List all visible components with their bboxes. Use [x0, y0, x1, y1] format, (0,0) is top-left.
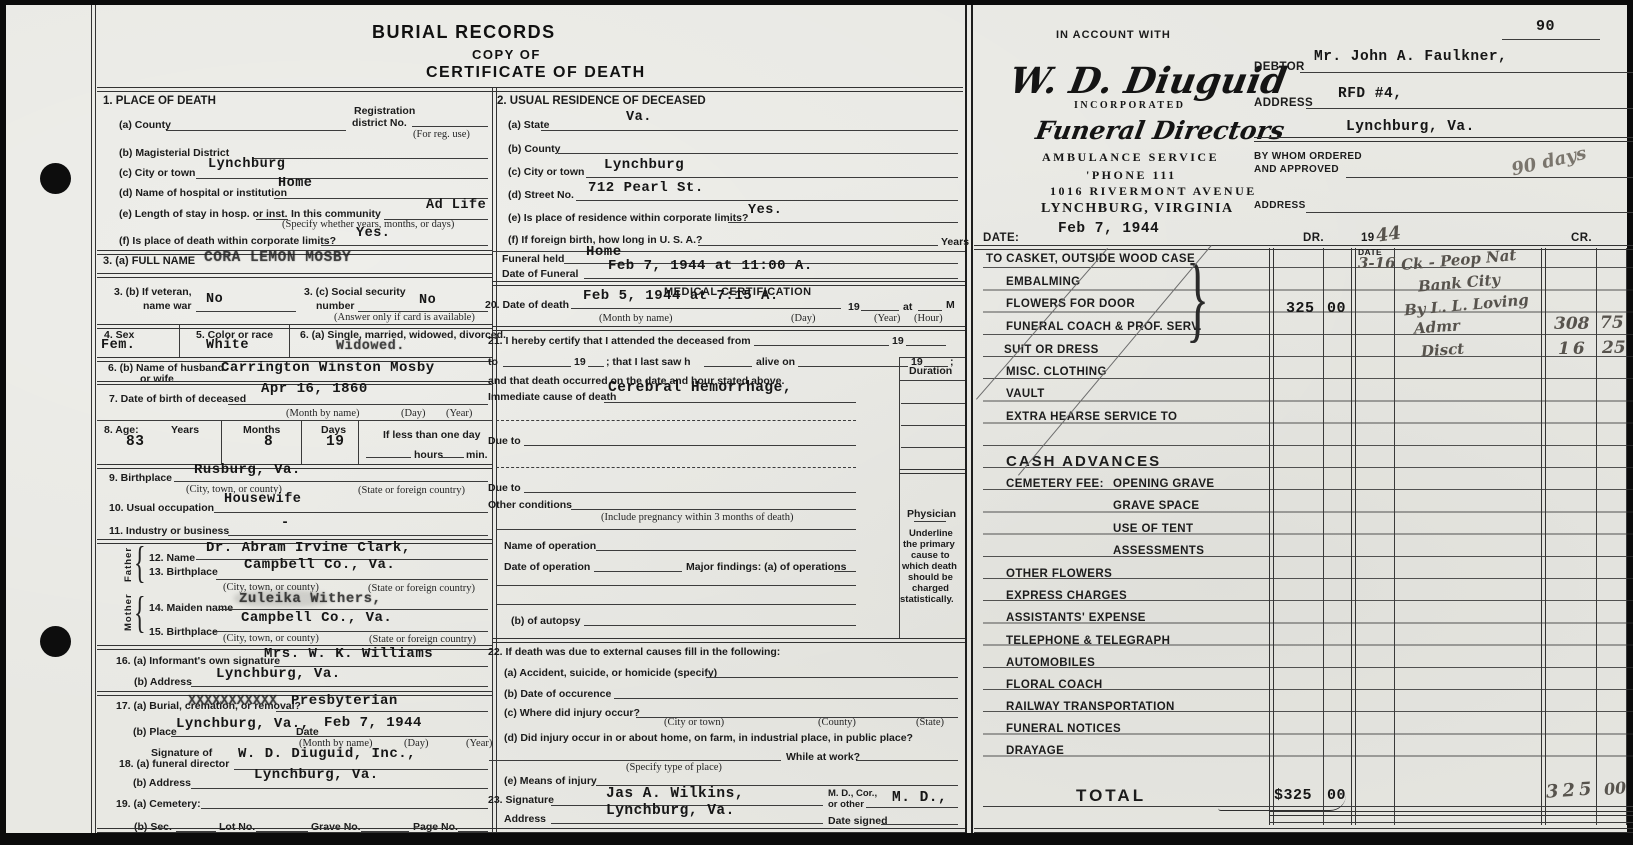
- rule: [798, 366, 908, 367]
- field-label: If less than one day: [383, 429, 480, 441]
- field-label: Address: [504, 813, 546, 825]
- rule: [754, 345, 889, 346]
- rule: [524, 445, 856, 446]
- field-hint: (Answer only if card is available): [334, 312, 475, 324]
- field-hint: (City or town): [664, 717, 724, 729]
- field-value: 8: [264, 435, 273, 450]
- rule: [594, 571, 682, 572]
- rule: [586, 177, 958, 178]
- rule: [492, 87, 497, 833]
- rule: [901, 447, 965, 448]
- rule: [1541, 248, 1546, 825]
- ledger-item: CEMETERY FEE:: [1006, 479, 1104, 491]
- ledger-item: FLORAL COACH: [1006, 680, 1103, 692]
- field-label: 22. If death was due to external causes …: [488, 646, 780, 658]
- rule: [228, 535, 488, 536]
- field-hint: (Specify type of place): [626, 762, 722, 774]
- page-divider: [965, 5, 973, 833]
- ledger-item: OTHER FLOWERS: [1006, 569, 1112, 581]
- address2-label: ADDRESS: [1254, 201, 1306, 211]
- ledger-item: ASSISTANTS' EXPENSE: [1006, 613, 1146, 625]
- rule: [191, 686, 488, 687]
- field-label: alive on: [756, 356, 795, 368]
- field-value: CORA LEMON MOSBY: [204, 251, 351, 266]
- rule: [97, 828, 965, 833]
- field-label: M: [946, 299, 955, 311]
- rule: [1269, 822, 1633, 823]
- rule: [1254, 137, 1633, 142]
- field-label: (d) Street No.: [508, 189, 574, 201]
- field-label: Immediate cause of death: [488, 391, 616, 403]
- ledger-item: OPENING GRAVE: [1113, 479, 1214, 491]
- scanned-burial-record: BURIAL RECORDS COPY OF CERTIFICATE OF DE…: [0, 0, 1633, 845]
- field-value: Feb 5, 1944 at 7:15 A.: [583, 289, 779, 303]
- field-label: 3. (b) If veteran,: [114, 286, 192, 298]
- rule: [492, 638, 965, 643]
- rule: [1394, 248, 1395, 825]
- ledger-item: FUNERAL NOTICES: [1006, 724, 1121, 736]
- rule: [906, 345, 946, 346]
- handwritten-note: Admr: [1414, 318, 1461, 336]
- ledger-item: TELEPHONE & TELEGRAPH: [1006, 636, 1170, 648]
- grouping-brace: }: [1186, 250, 1209, 346]
- field-value: Presbyterian: [291, 694, 398, 708]
- field-label: min.: [466, 449, 488, 461]
- rule: [301, 420, 302, 465]
- rule: [1596, 248, 1597, 825]
- ledger-item: EXPRESS CHARGES: [1006, 591, 1127, 603]
- rule: [541, 130, 958, 131]
- field-label: (e) Means of injury: [504, 775, 597, 787]
- funeral-home-name: W. D. Diuguid: [1007, 63, 1290, 99]
- field-value: Carrington Winston Mosby: [221, 361, 435, 375]
- rule: [614, 698, 958, 699]
- doc-title: BURIAL RECORDS: [372, 23, 556, 41]
- field-hint: (State or foreign country): [368, 583, 475, 595]
- field-label: (b) Address: [134, 676, 192, 688]
- field-value: Rusburg, Va.: [194, 463, 301, 477]
- field-value: Lynchburg, Va.: [216, 667, 341, 681]
- rule: [196, 311, 296, 312]
- rule: [276, 711, 488, 712]
- handwritten-year: 44: [1375, 224, 1402, 245]
- field-label: 3. (a) FULL NAME: [103, 255, 195, 268]
- ledger-item: AUTOMOBILES: [1006, 658, 1095, 670]
- rule: [706, 677, 958, 678]
- field-label: Registration: [354, 105, 415, 117]
- total-cr-dollars: 325: [1545, 780, 1596, 801]
- paper-sheet: BURIAL RECORDS COPY OF CERTIFICATE OF DE…: [6, 5, 1627, 833]
- field-value: No: [206, 293, 223, 307]
- duration-header: Duration: [909, 365, 952, 377]
- field-value: 83: [126, 435, 144, 450]
- handwritten-date: 3-16: [1358, 256, 1396, 271]
- field-label: Due to: [488, 482, 521, 494]
- rule: [584, 278, 958, 279]
- field-value: Campbell Co., Va.: [241, 611, 392, 625]
- rule: [558, 153, 958, 154]
- ledger-item: USE OF TENT: [1113, 524, 1193, 536]
- field-label: 12. Name: [149, 552, 195, 564]
- rule: [191, 788, 488, 789]
- field-value: No: [419, 294, 436, 308]
- street-address: 1016 RIVERMONT AVENUE: [1050, 185, 1257, 197]
- field-hint: (Month by name): [286, 408, 360, 420]
- city-state: LYNCHBURG, VIRGINIA: [1041, 202, 1234, 216]
- doc-subtitle-2: CERTIFICATE OF DEATH: [426, 65, 646, 81]
- field-label: While at work?: [786, 751, 860, 763]
- field-label: number: [316, 300, 355, 312]
- rule: [1306, 212, 1633, 213]
- field-label: (b) County: [508, 143, 561, 155]
- field-label: 19. (a) Cemetery:: [116, 798, 201, 810]
- rule: [214, 631, 488, 632]
- field-label: 19: [892, 335, 904, 347]
- field-label: name war: [143, 300, 191, 312]
- rule: [492, 326, 965, 331]
- rule: [901, 403, 965, 404]
- phone: 'PHONE 111: [1086, 169, 1177, 181]
- field-value: Lynchburg, Va.: [606, 804, 735, 819]
- field-label: (f) Is place of death within corporate l…: [119, 235, 336, 247]
- field-label: Funeral held: [502, 253, 564, 265]
- field-hint: (Day): [791, 313, 816, 325]
- rule: [201, 808, 488, 809]
- rule: [97, 420, 492, 421]
- cr-amount-cents: 75: [1600, 315, 1624, 332]
- handwritten-note: Disct: [1421, 342, 1465, 360]
- rule: [866, 807, 958, 808]
- rule: [1346, 177, 1633, 178]
- rule: [571, 308, 841, 309]
- field-label: 18. (a) funeral director: [119, 758, 229, 770]
- field-value: Dr. Abram Irvine Clark,: [206, 541, 411, 555]
- field-value: Lynchburg: [208, 158, 285, 172]
- dr-header: DR.: [1303, 233, 1324, 245]
- rule: [861, 310, 899, 311]
- field-label: Major findings: (a) of operations: [686, 561, 846, 573]
- rule: [503, 366, 571, 367]
- ambulance-service: AMBULANCE SERVICE: [1042, 151, 1219, 163]
- signature-value: Jas A. Wilkins,: [606, 787, 744, 802]
- ledger-item: EMBALMING: [1006, 277, 1081, 289]
- rule: [698, 245, 938, 246]
- debtor-label: DEBTOR: [1254, 62, 1305, 74]
- total-cr-cents: 00: [1603, 780, 1627, 798]
- field-value: Lynchburg: [604, 158, 684, 172]
- field-label: 2. USUAL RESIDENCE OF DECEASED: [497, 95, 706, 108]
- rule: [1269, 811, 1633, 816]
- by-whom-label-1: BY WHOM ORDERED: [1254, 152, 1362, 162]
- rule: [899, 357, 965, 358]
- ledger-item: VAULT: [1006, 389, 1045, 401]
- rule: [588, 366, 604, 367]
- field-value: Va.: [626, 111, 652, 125]
- field-label: 9. Birthplace: [109, 472, 172, 484]
- field-label: Other conditions: [488, 499, 572, 511]
- field-label: district No.: [352, 117, 407, 129]
- field-label: (c) City or town: [119, 167, 195, 179]
- field-value: Lynchburg, Va.: [254, 768, 379, 782]
- rule: [228, 404, 488, 405]
- field-label: 21. I hereby certify that I attended the…: [488, 335, 751, 347]
- field-label: 3. (c) Social security: [304, 286, 406, 298]
- field-hint: (Year): [466, 738, 492, 750]
- physician-note: statistically.: [900, 595, 954, 606]
- rule: [221, 420, 222, 465]
- debtor-value: Mr. John A. Faulkner,: [1314, 50, 1507, 65]
- field-label: Date signed: [828, 815, 888, 827]
- field-hint: (Month by name): [599, 313, 673, 325]
- field-hint: (Day): [401, 408, 426, 420]
- rule: [179, 324, 180, 357]
- field-label: (b) Address: [133, 777, 191, 789]
- field-value: Yes.: [748, 204, 782, 218]
- ledger-item: MISC. CLOTHING: [1006, 367, 1107, 379]
- doc-subtitle-1: COPY OF: [472, 48, 541, 61]
- field-label: 10. Usual occupation: [109, 502, 214, 514]
- ledger-item: GRAVE SPACE: [1113, 501, 1199, 513]
- rule: [253, 158, 488, 159]
- rule: [1323, 248, 1324, 825]
- rule: [412, 126, 488, 127]
- field-label: (c) City or town: [508, 166, 584, 178]
- rule: [321, 245, 488, 246]
- field-label: or other: [828, 800, 864, 811]
- cr-amount-dollars: 16: [1558, 341, 1588, 358]
- field-label: Years: [171, 424, 199, 436]
- field-label: 20. Date of death: [485, 299, 569, 311]
- field-hint: (County): [818, 717, 856, 729]
- date-label: DATE:: [983, 233, 1019, 245]
- field-label: (b) of autopsy: [511, 615, 580, 627]
- rule: [196, 178, 488, 179]
- rule: [881, 824, 958, 825]
- rule: [728, 222, 958, 223]
- field-hint: (State or foreign country): [358, 485, 465, 497]
- punch-hole: [40, 163, 71, 194]
- rule: [214, 512, 488, 513]
- rule: [496, 529, 856, 530]
- field-value: Mrs. W. K. Williams: [264, 647, 433, 661]
- field-label: 23. Signature: [488, 794, 554, 806]
- handwritten-terms-note: 90 days: [1510, 145, 1588, 180]
- physician-header: Physician: [907, 508, 956, 520]
- address-value-2: Lynchburg, Va.: [1346, 120, 1475, 135]
- field-value: Campbell Co., Va.: [244, 558, 395, 572]
- rule: [899, 469, 965, 474]
- rule: [442, 457, 464, 458]
- field-value: Widowed.: [336, 340, 405, 354]
- field-label: 1. PLACE OF DEATH: [103, 95, 216, 108]
- field-label: Months: [243, 424, 280, 436]
- field-value: 712 Pearl St.: [588, 181, 704, 195]
- field-label: 11. Industry or business: [109, 525, 229, 537]
- field-value: Apr 16, 1860: [261, 382, 368, 396]
- rule: [834, 571, 856, 572]
- rule: [584, 625, 856, 626]
- field-label: to: [488, 356, 498, 368]
- ledger-item: RAILWAY TRANSPORTATION: [1006, 702, 1175, 714]
- field-hint: (State): [916, 717, 944, 729]
- date-value: Feb 7, 1944: [1058, 222, 1159, 237]
- funeral-directors: Funeral Directors: [1034, 118, 1287, 143]
- field-label: (d) Did injury occur in or about home, o…: [504, 732, 913, 744]
- page-number: 90: [1536, 19, 1555, 34]
- field-value: Housewife: [224, 493, 301, 507]
- field-value: 19: [326, 435, 344, 450]
- incorporated: INCORPORATED: [1074, 101, 1185, 111]
- field-label: Date of operation: [504, 561, 590, 573]
- rule: [551, 823, 823, 824]
- field-hint: (Year): [446, 408, 472, 420]
- punch-hole: [40, 626, 71, 657]
- field-label: (c) Where did injury occur?: [504, 707, 640, 719]
- field-value: Home: [278, 177, 312, 191]
- mother-section-label: Mother: [123, 597, 134, 631]
- field-value: M. D.,: [892, 791, 947, 806]
- field-hint: (City, town, or county): [223, 633, 319, 645]
- dr-amount-dollars: 325: [1286, 301, 1315, 316]
- field-label: Years: [941, 236, 969, 248]
- field-value: -: [281, 517, 290, 531]
- field-label: (a) Accident, suicide, or homicide (spec…: [504, 667, 717, 679]
- rule: [496, 467, 856, 468]
- rule: [289, 324, 290, 357]
- rule: [174, 481, 488, 482]
- ledger-item: DRAYAGE: [1006, 746, 1064, 758]
- cr-header: CR.: [1571, 233, 1592, 245]
- cr-amount-cents: 25: [1602, 340, 1626, 357]
- in-account-with: IN ACCOUNT WITH: [1056, 29, 1171, 42]
- address-label: ADDRESS: [1254, 98, 1313, 110]
- rule: [576, 200, 958, 201]
- rule: [171, 736, 488, 737]
- by-whom-label-2: AND APPROVED: [1254, 165, 1339, 175]
- field-label: Date of Funeral: [502, 268, 578, 280]
- field-value: Zuleika Withers,: [239, 592, 381, 606]
- rule: [358, 420, 359, 465]
- field-label: 19: [574, 356, 586, 368]
- rule: [1306, 108, 1633, 109]
- cr-amount-dollars: 308: [1554, 316, 1590, 333]
- dr-amount-cents: 00: [1327, 301, 1346, 316]
- rule: [596, 550, 856, 551]
- ledger-item: EXTRA HEARSE SERVICE TO: [1006, 412, 1177, 424]
- rule: [918, 310, 942, 311]
- rule: [974, 828, 1633, 833]
- field-label: (e) Is place of residence within corpora…: [508, 212, 748, 224]
- rule: [524, 492, 856, 493]
- field-value: Feb 7, 1944: [324, 716, 422, 730]
- field-value: Ad Life: [426, 199, 486, 213]
- field-label: (b) Date of occurence: [504, 688, 611, 700]
- total-label: TOTAL: [1076, 787, 1146, 804]
- field-label: (a) County: [119, 119, 171, 131]
- ledger-item: FLOWERS FOR DOOR: [1006, 299, 1135, 311]
- rule: [216, 579, 488, 580]
- field-hint: (Hour): [914, 313, 943, 325]
- field-value: W. D. Diuguid, Inc.,: [238, 747, 416, 761]
- rule: [901, 425, 965, 426]
- field-hint: (State or foreign country): [369, 634, 476, 646]
- father-brace: {: [134, 541, 146, 585]
- rule: [1351, 248, 1356, 825]
- strikeout-xxx: XXXXXXXXXXX: [188, 695, 277, 709]
- field-value: Home: [586, 245, 622, 259]
- rule: [489, 760, 781, 761]
- field-value: Yes.: [356, 227, 390, 241]
- rule: [492, 251, 965, 252]
- field-value: Feb 7, 1944 at 11:00 A.: [608, 259, 813, 273]
- field-label: 19: [848, 301, 860, 313]
- field-hint: (For reg. use): [413, 129, 470, 141]
- rule: [97, 273, 492, 278]
- rule: [366, 457, 411, 458]
- rule: [899, 380, 965, 381]
- rule: [704, 366, 752, 367]
- rule: [604, 402, 856, 403]
- rule: [914, 521, 946, 522]
- rule: [166, 130, 346, 131]
- mother-brace: {: [134, 591, 146, 635]
- field-hint: (Year): [874, 313, 900, 325]
- address-value-1: RFD #4,: [1338, 87, 1402, 102]
- ledger-item: TO CASKET, OUTSIDE WOOD CASE: [986, 254, 1195, 266]
- field-label: 7. Date of birth of deceased: [109, 393, 246, 405]
- field-label: hours: [414, 449, 443, 461]
- total-swoosh: [1218, 795, 1346, 811]
- field-value: Lynchburg, Va.,: [176, 717, 310, 731]
- field-label: Name of operation: [504, 540, 596, 552]
- rule: [1502, 39, 1600, 40]
- field-label: Due to: [488, 435, 521, 447]
- field-label: at: [903, 301, 912, 313]
- year-printed: 19: [1361, 233, 1375, 245]
- rule: [1626, 248, 1627, 825]
- rule: [496, 604, 856, 605]
- father-section-label: Father: [123, 548, 134, 582]
- field-label: (d) Name of hospital or institution: [119, 187, 287, 199]
- rule: [856, 760, 958, 761]
- rule: [496, 585, 856, 586]
- field-label: 13. Birthplace: [149, 566, 218, 578]
- rule: [91, 5, 96, 833]
- field-hint: (Include pregnancy within 3 months of de…: [601, 512, 793, 524]
- rule: [571, 509, 856, 510]
- rule: [97, 87, 963, 92]
- field-label: 15. Birthplace: [149, 626, 218, 638]
- rule: [1300, 72, 1633, 73]
- ledger-item: ASSESSMENTS: [1113, 546, 1204, 558]
- field-value: Fem.: [101, 339, 135, 353]
- field-value: Cerebral Hemorrhage,: [608, 381, 792, 396]
- field-label: ; that I last saw h: [606, 356, 691, 368]
- rule: [1269, 248, 1274, 825]
- rule: [496, 420, 856, 421]
- field-value: White: [206, 339, 249, 353]
